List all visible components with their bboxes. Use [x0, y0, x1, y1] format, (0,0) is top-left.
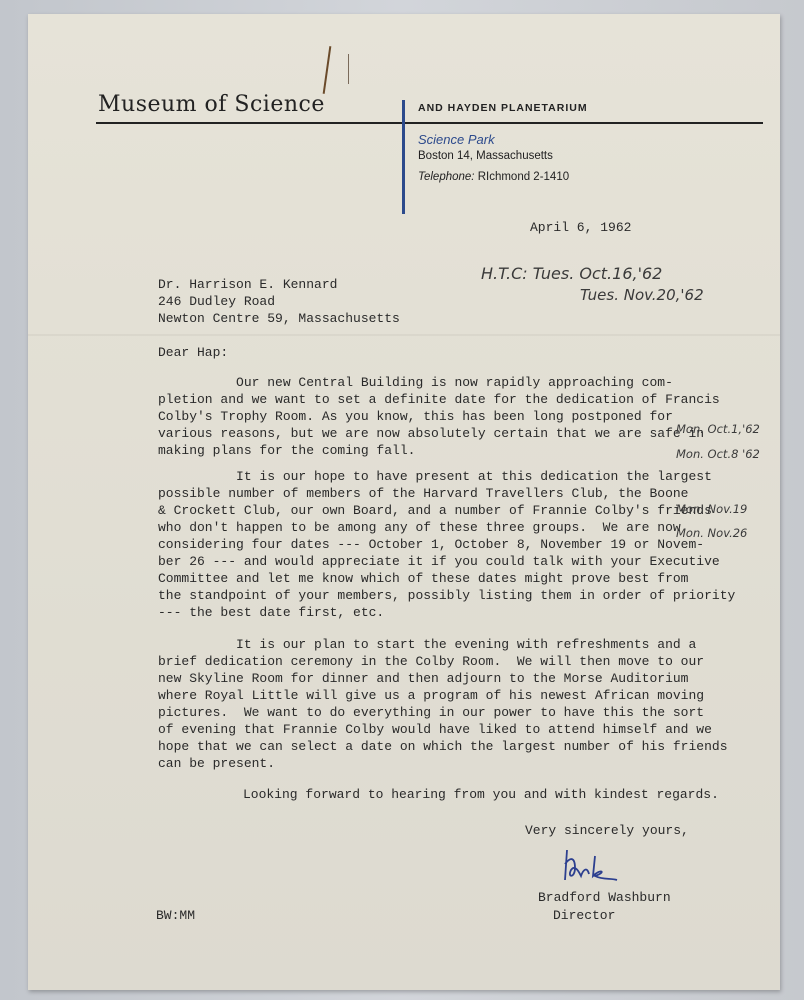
handwritten-note-2: Tues. Nov.20,'62: [580, 286, 704, 304]
letter-date: April 6, 1962: [530, 219, 631, 236]
signer-title: Director: [553, 907, 615, 924]
signer-name: Bradford Washburn: [538, 889, 671, 906]
letterhead-subtitle: AND HAYDEN PLANETARIUM: [418, 102, 588, 114]
recipient-city: Newton Centre 59, Massachusetts: [158, 310, 400, 327]
pencil-mark: [323, 46, 332, 94]
letterhead-rule: [96, 122, 763, 124]
telephone-label: Telephone:: [418, 171, 475, 183]
pencil-mark: [348, 54, 349, 84]
letterhead-divider: [402, 100, 405, 214]
paragraph-1: Our new Central Building is now rapidly …: [158, 374, 678, 459]
letterhead-org: Museum of Science: [98, 92, 325, 117]
letterhead-city: Boston 14, Massachusetts: [418, 150, 553, 162]
recipient-name: Dr. Harrison E. Kennard: [158, 276, 400, 293]
paragraph-3: It is our plan to start the evening with…: [158, 636, 678, 772]
letterhead-location: Science Park: [418, 132, 495, 147]
salutation: Dear Hap:: [158, 344, 228, 361]
letter-page: Museum of Science AND HAYDEN PLANETARIUM…: [28, 14, 780, 990]
paragraph-4: Looking forward to hearing from you and …: [243, 786, 719, 803]
margin-note: Mon. Nov.26: [676, 526, 747, 540]
margin-note: Mon. Oct.8 '62: [676, 447, 760, 461]
reference-initials: BW:MM: [156, 907, 195, 924]
signature: [561, 846, 621, 891]
margin-note: Mon. Nov.19: [676, 502, 747, 516]
margin-note: Mon. Oct.1,'62: [676, 422, 760, 436]
handwritten-note-1: H.T.C: Tues. Oct.16,'62: [481, 264, 662, 283]
recipient-address: Dr. Harrison E. Kennard 246 Dudley Road …: [158, 276, 400, 327]
closing: Very sincerely yours,: [525, 822, 689, 839]
recipient-street: 246 Dudley Road: [158, 293, 400, 310]
paragraph-2: It is our hope to have present at this d…: [158, 468, 678, 621]
letterhead-telephone: Telephone: RIchmond 2-1410: [418, 171, 569, 183]
telephone-number: RIchmond 2-1410: [478, 171, 569, 183]
